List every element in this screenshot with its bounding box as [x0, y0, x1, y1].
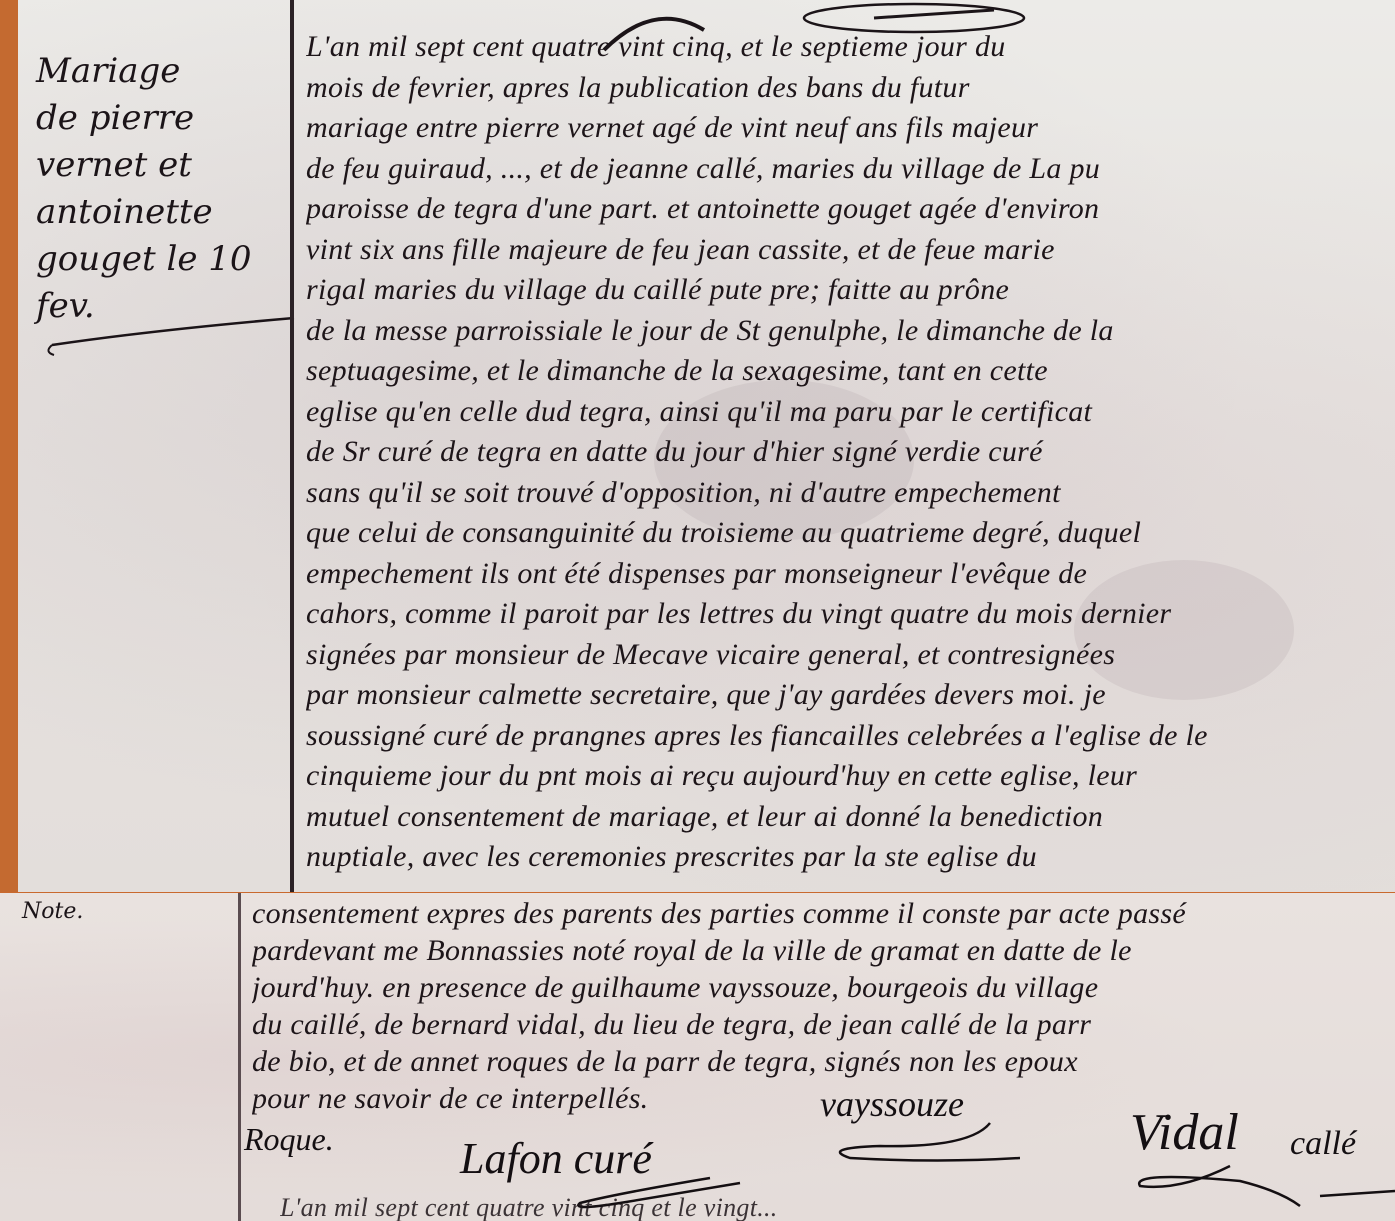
signature-roque: Roque.	[244, 1121, 334, 1158]
margin-note-fragment: Note.	[22, 897, 83, 927]
page-edge	[0, 0, 18, 892]
entry-line: de feu guiraud, ..., et de jeanne callé,…	[306, 152, 1386, 193]
margin-note-line: Mariage	[36, 48, 252, 95]
margin-note-line: antoinette	[36, 189, 252, 236]
margin-underline-flourish	[34, 300, 304, 360]
margin-rule	[290, 0, 294, 892]
entry-line: que celui de consanguinité du troisieme …	[306, 516, 1386, 557]
entry-line: nuptiale, avec les ceremonies prescrites…	[306, 840, 1386, 881]
entry-line: mariage entre pierre vernet agé de vint …	[306, 111, 1386, 152]
entry-line: par monsieur calmette secretaire, que j'…	[306, 678, 1386, 719]
entry-line: mois de fevrier, apres la publication de…	[306, 71, 1386, 112]
entry-line: empechement ils ont été dispenses par mo…	[306, 557, 1386, 598]
signature-calle: callé	[1290, 1125, 1356, 1163]
register-page-bottom: Note. consentement expres des parents de…	[0, 893, 1395, 1221]
entry-line: du caillé, de bernard vidal, du lieu de …	[252, 1008, 1382, 1045]
entry-line: eglise qu'en celle dud tegra, ainsi qu'i…	[306, 395, 1386, 436]
entry-line: cahors, comme il paroit par les lettres …	[306, 597, 1386, 638]
entry-body-continuation: consentement expres des parents des part…	[252, 897, 1382, 1119]
margin-note-line: gouget le 10	[36, 236, 252, 283]
entry-line: jourd'huy. en presence de guilhaume vays…	[252, 971, 1382, 1008]
margin-note-line: de pierre	[36, 95, 252, 142]
entry-line: rigal maries du village du caillé pute p…	[306, 273, 1386, 314]
entry-line: septuagesime, et le dimanche de la sexag…	[306, 354, 1386, 395]
entry-line: soussigné curé de prangnes apres les fia…	[306, 719, 1386, 760]
entry-line: mutuel consentement de mariage, et leur …	[306, 800, 1386, 841]
entry-line: consentement expres des parents des part…	[252, 897, 1382, 934]
entry-line: cinquieme jour du pnt mois ai reçu aujou…	[306, 759, 1386, 800]
signature-flourish	[1120, 1161, 1395, 1211]
entry-body: L'an mil sept cent quatre vint cinq, et …	[306, 30, 1386, 881]
entry-line: L'an mil sept cent quatre vint cinq, et …	[306, 30, 1386, 71]
entry-line: signées par monsieur de Mecave vicaire g…	[306, 638, 1386, 679]
margin-note-line: vernet et	[36, 142, 252, 189]
margin-rule	[238, 893, 241, 1221]
entry-line: sans qu'il se soit trouvé d'opposition, …	[306, 476, 1386, 517]
entry-line: vint six ans fille majeure de feu jean c…	[306, 233, 1386, 274]
margin-note: Mariage de pierre vernet et antoinette g…	[36, 48, 252, 330]
entry-line: paroisse de tegra d'une part. et antoine…	[306, 192, 1386, 233]
register-page-top: Mariage de pierre vernet et antoinette g…	[14, 0, 1395, 892]
signature-flourish	[820, 1118, 1020, 1168]
entry-line: pardevant me Bonnassies noté royal de la…	[252, 934, 1382, 971]
next-entry-partial-line: L'an mil sept cent quatre vint cinq et l…	[280, 1193, 778, 1221]
entry-line: de bio, et de annet roques de la parr de…	[252, 1045, 1382, 1082]
entry-line: de la messe parroissiale le jour de St g…	[306, 314, 1386, 355]
signature-vidal: Vidal	[1130, 1103, 1239, 1162]
entry-line: de Sr curé de tegra en datte du jour d'h…	[306, 435, 1386, 476]
